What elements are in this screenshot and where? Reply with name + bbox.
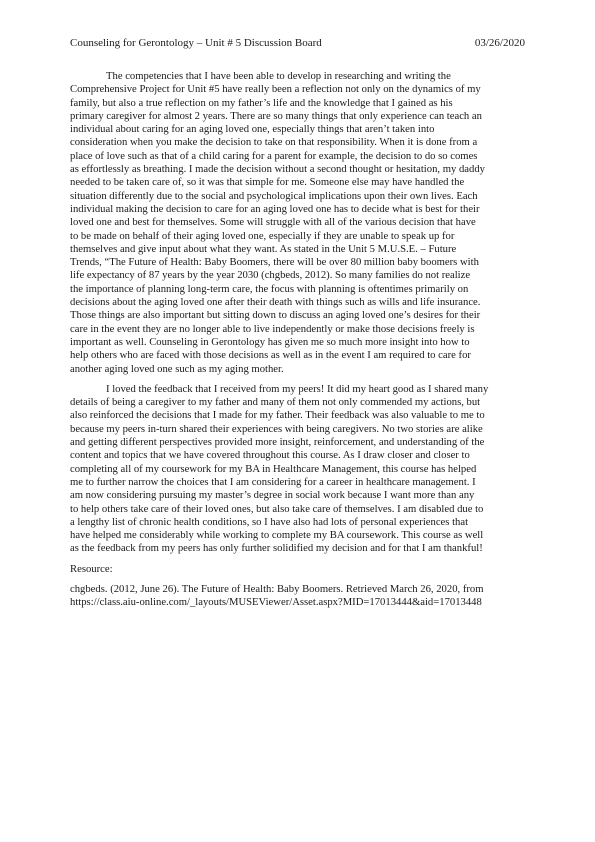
citation-url[interactable]: https://class.aiu-online.com/_layouts/MU… (70, 596, 528, 609)
text-line: family, but also a true reflection on my… (70, 97, 528, 110)
text-line: life expectancy of 87 years by the year … (70, 269, 528, 282)
text-line: Those things are also important but sitt… (70, 309, 528, 322)
citation-line: chgbeds. (2012, June 26). The Future of … (70, 583, 528, 596)
text-line: also reinforced the decisions that I mad… (70, 409, 528, 422)
text-line: loved one and best for themselves. Some … (70, 216, 528, 229)
text-line: me to further narrow the choices that I … (70, 476, 528, 489)
text-line: as the feedback from my peers has only f… (70, 542, 528, 555)
paragraph-competencies: The competencies that I have been able t… (70, 70, 528, 376)
text-line: individual about caring for an aging lov… (70, 123, 528, 136)
text-line: details of being a caregiver to my fathe… (70, 396, 528, 409)
text-line: consideration when you make the decision… (70, 136, 528, 149)
text-line: place of love such as that of a child ca… (70, 150, 528, 163)
text-line: because my peers in-turn shared their ex… (70, 423, 528, 436)
text-line: situation differently due to the social … (70, 190, 528, 203)
text-line: to be made on behalf of their aging love… (70, 230, 528, 243)
text-line: to help others take care of their loved … (70, 503, 528, 516)
text-line: primary caregiver for almost 2 years. Th… (70, 110, 528, 123)
text-line: another aging loved one such as my aging… (70, 363, 528, 376)
text-line: and getting different perspectives provi… (70, 436, 528, 449)
text-line: the importance of planning long-term car… (70, 283, 528, 296)
text-line: individual making the decision to care f… (70, 203, 528, 216)
text-line: care in the event they are no longer abl… (70, 323, 528, 336)
page-header: Counseling for Gerontology – Unit # 5 Di… (70, 36, 525, 50)
text-line: as effortlessly as breathing. I made the… (70, 163, 528, 176)
text-line: a lengthy list of chronic health conditi… (70, 516, 528, 529)
text-line: help others who are faced with those dec… (70, 349, 528, 362)
text-line: have helped me considerably while workin… (70, 529, 528, 542)
document-page: Counseling for Gerontology – Unit # 5 Di… (0, 0, 595, 842)
text-line: completing all of my coursework for my B… (70, 463, 528, 476)
text-line: content and topics that we have covered … (70, 449, 528, 462)
text-line: Trends, “The Future of Health: Baby Boom… (70, 256, 528, 269)
resource-label: Resource: (70, 563, 528, 576)
paragraph-feedback: I loved the feedback that I received fro… (70, 383, 528, 556)
text-line: Comprehensive Project for Unit #5 have r… (70, 83, 528, 96)
text-line: important as well. Counseling in Geronto… (70, 336, 528, 349)
text-line: needed to be taken care of, so it was th… (70, 176, 528, 189)
text-line: themselves and give input about what the… (70, 243, 528, 256)
document-body: The competencies that I have been able t… (70, 70, 528, 617)
document-title: Counseling for Gerontology – Unit # 5 Di… (70, 36, 322, 50)
document-date: 03/26/2020 (475, 36, 525, 50)
text-line: The competencies that I have been able t… (70, 70, 528, 83)
text-line: I loved the feedback that I received fro… (70, 383, 528, 396)
resource-citation: chgbeds. (2012, June 26). The Future of … (70, 583, 528, 610)
text-line: decisions about the aging loved one afte… (70, 296, 528, 309)
text-line: am now considering pursuing my master’s … (70, 489, 528, 502)
